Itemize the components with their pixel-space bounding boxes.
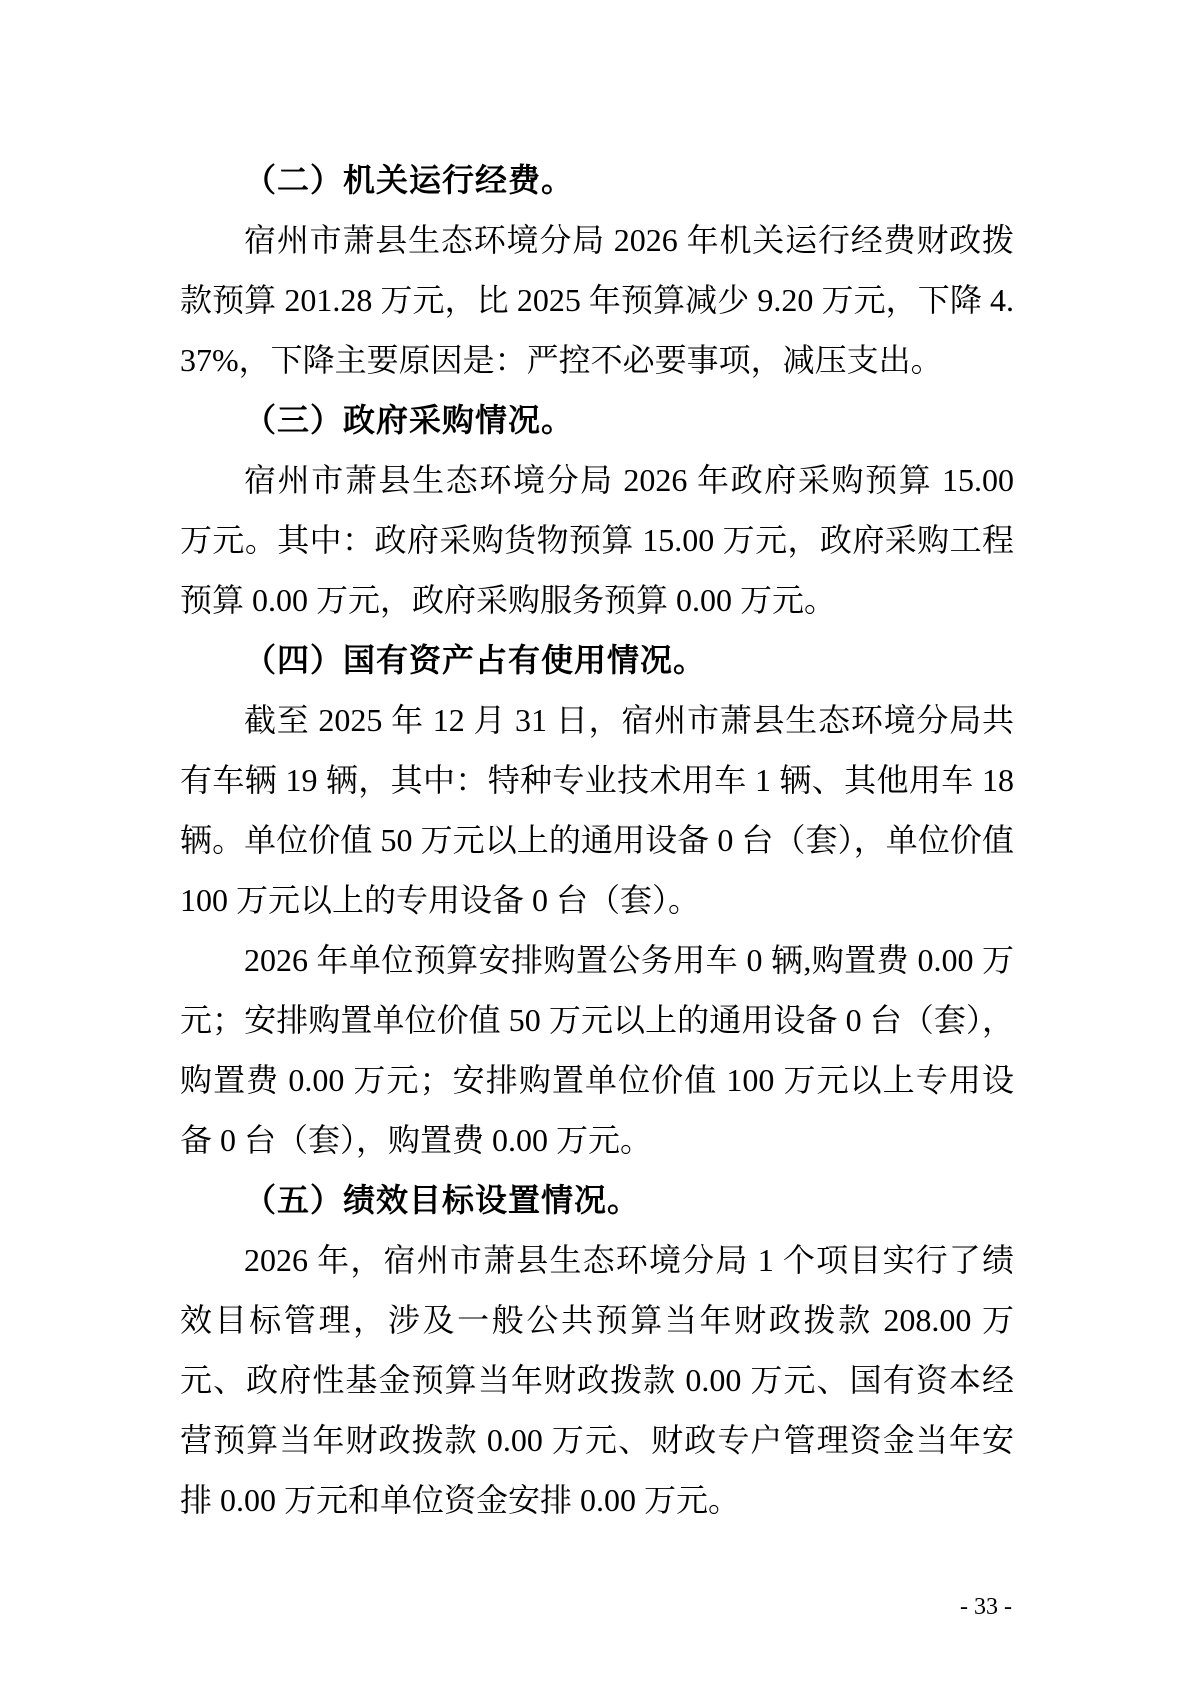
paragraph-state-owned-assets-planned: 2026 年单位预算安排购置公务用车 0 辆,购置费 0.00 万元；安排购置单… <box>180 930 1014 1170</box>
paragraph-agency-operating-expenses: 宿州市萧县生态环境分局 2026 年机关运行经费财政拨款预算 201.28 万元… <box>180 210 1014 390</box>
page-number: - 33 - <box>960 1595 1012 1619</box>
section-heading-government-procurement: （三）政府采购情况。 <box>180 390 1014 450</box>
section-heading-agency-operating-expenses: （二）机关运行经费。 <box>180 150 1014 210</box>
paragraph-state-owned-assets-current: 截至 2025 年 12 月 31 日，宿州市萧县生态环境分局共有车辆 19 辆… <box>180 690 1014 930</box>
section-heading-state-owned-assets: （四）国有资产占有使用情况。 <box>180 630 1014 690</box>
paragraph-government-procurement: 宿州市萧县生态环境分局 2026 年政府采购预算 15.00 万元。其中：政府采… <box>180 450 1014 630</box>
document-page: （二）机关运行经费。 宿州市萧县生态环境分局 2026 年机关运行经费财政拨款预… <box>0 0 1190 1683</box>
paragraph-performance-targets: 2026 年，宿州市萧县生态环境分局 1 个项目实行了绩效目标管理，涉及一般公共… <box>180 1230 1014 1530</box>
section-heading-performance-targets: （五）绩效目标设置情况。 <box>180 1170 1014 1230</box>
page-content: （二）机关运行经费。 宿州市萧县生态环境分局 2026 年机关运行经费财政拨款预… <box>180 150 1014 1530</box>
